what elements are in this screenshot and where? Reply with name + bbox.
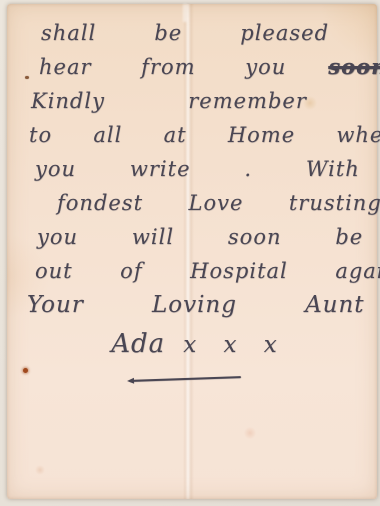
letter-line-text: out of Hospital again — [35, 259, 380, 283]
letter-line: you write . With — [35, 152, 371, 186]
letter-line: shall be pleased to — [41, 16, 371, 50]
letter-body: shall be pleased to hear from yousoon Ki… — [7, 4, 377, 364]
letter-line: fondest Love trusting — [57, 186, 371, 220]
letter-line: Your Loving Aunt — [27, 288, 371, 322]
signature-kisses: x x x — [183, 332, 287, 358]
letter-line-text: hear from you — [39, 55, 286, 79]
letter-line: hear from yousoon — [39, 50, 371, 84]
letter-line: you will soon be — [37, 220, 371, 254]
letter-line-text: fondest Love trusting — [57, 191, 380, 215]
letter-line: Kindly remember us — [31, 84, 371, 118]
letter-line-text: you will soon be — [37, 225, 363, 249]
signature-line: Adax x x — [27, 324, 371, 364]
letter-line: out of Hospital again — [35, 254, 371, 288]
letter-paper: shall be pleased to hear from yousoon Ki… — [7, 4, 377, 499]
letter-line-text: you write . With — [35, 157, 360, 181]
signature-name: Ada — [111, 324, 165, 364]
stain-spot — [23, 368, 28, 373]
letter-line: to all at Home when — [29, 118, 371, 152]
letter-line-text: Kindly remember us — [31, 89, 380, 113]
letter-line-text: shall be pleased to — [41, 21, 380, 45]
scan-background: shall be pleased to hear from yousoon Ki… — [0, 0, 380, 506]
overwritten-word: soon — [328, 54, 380, 79]
letter-line-text: Your Loving Aunt — [27, 292, 365, 318]
letter-line-text: to all at Home when — [29, 123, 380, 147]
signature-underline — [129, 376, 241, 382]
